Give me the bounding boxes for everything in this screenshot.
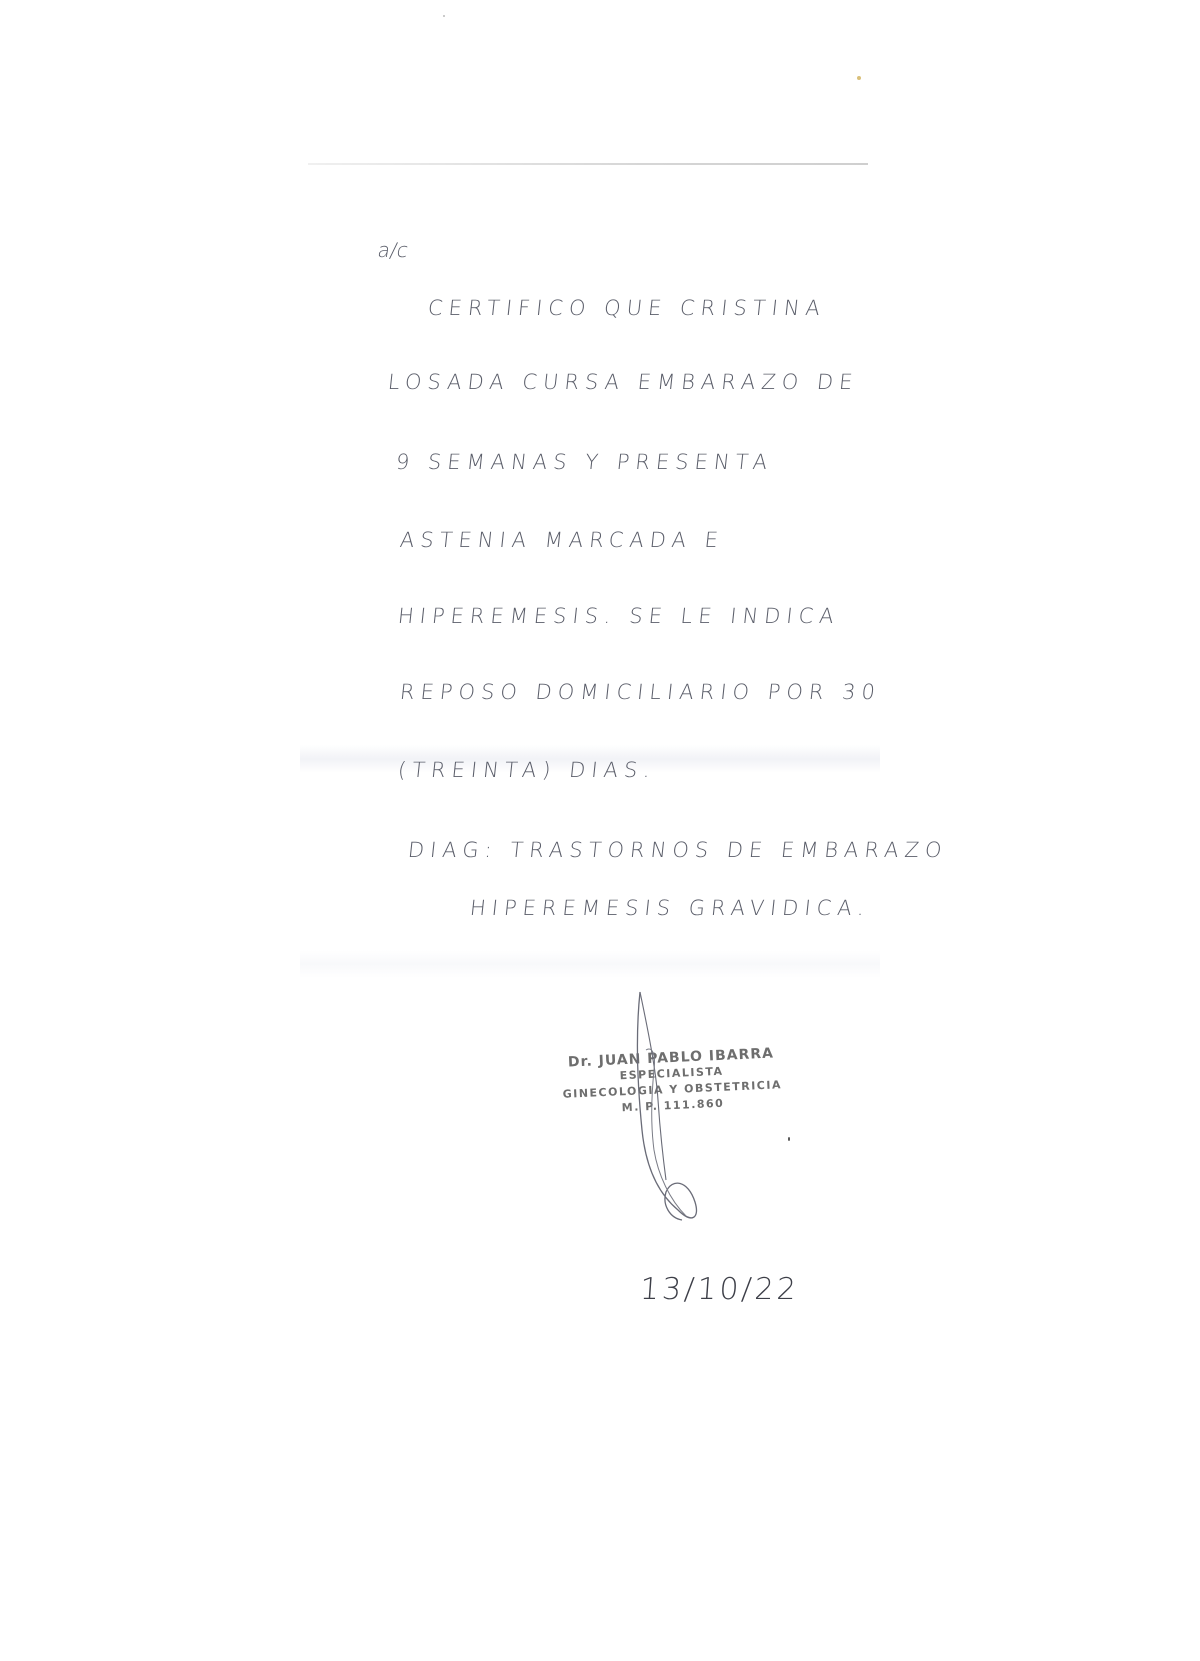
diagnosis-line-1: DIAG: TRASTORNOS DE EMBARAZO: [407, 838, 949, 862]
body-line-7: (TREINTA) DIAS.: [397, 758, 657, 782]
salutation: a/c: [376, 238, 410, 262]
date: 13/10/22: [639, 1272, 800, 1307]
body-line-3: 9 SEMANAS Y PRESENTA: [395, 450, 775, 474]
signature-icon: [600, 980, 740, 1240]
body-line-2: LOSADA CURSA EMBARAZO DE: [387, 370, 860, 394]
body-line-4: ASTENIA MARCADA E: [399, 528, 725, 552]
scanned-page: a/c CERTIFICO QUE CRISTINA LOSADA CURSA …: [0, 0, 1200, 1661]
scan-speck: [443, 15, 445, 17]
paper-fold-shadow: [300, 950, 880, 978]
diagnosis-line-2: HIPEREMESIS GRAVIDICA.: [469, 896, 872, 920]
scan-speck: [857, 76, 861, 80]
scan-speck: [788, 1137, 790, 1141]
header-rule: [308, 163, 868, 165]
body-line-6: REPOSO DOMICILIARIO POR 30: [399, 680, 882, 704]
body-line-5: HIPEREMESIS. SE LE INDICA: [397, 604, 841, 628]
body-line-1: CERTIFICO QUE CRISTINA: [427, 296, 827, 320]
